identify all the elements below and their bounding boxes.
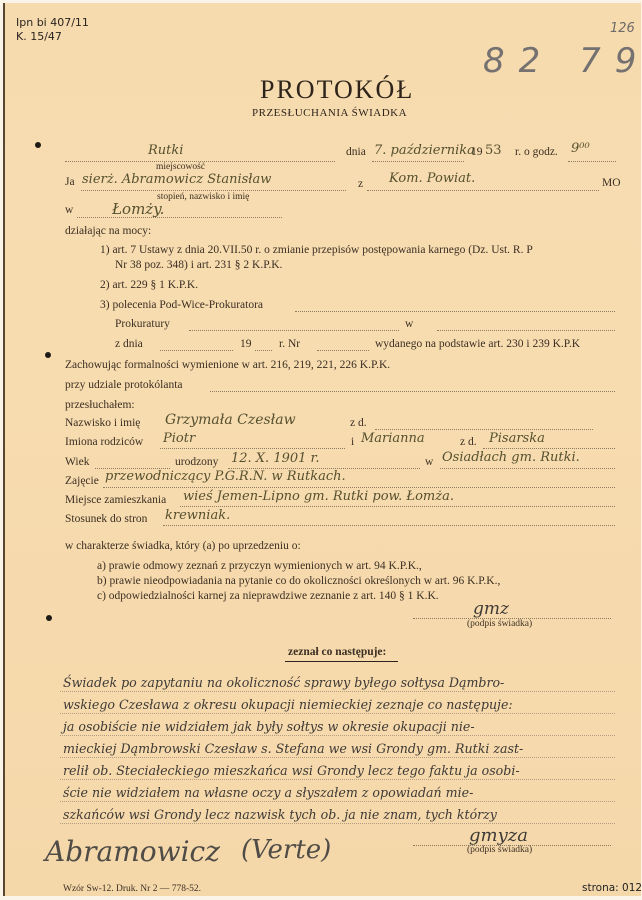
place-value[interactable]: Rutki	[148, 143, 183, 158]
warning-a: a) prawie odmowy zeznań z przyczyn wymie…	[97, 560, 422, 572]
punch-hole-mark	[35, 142, 41, 148]
witness-intro: przesłuchałem:	[65, 399, 135, 411]
clerk-label: przy udziale protokólanta	[65, 379, 183, 391]
occupation-label: Zajęcie	[65, 475, 99, 487]
relation-value[interactable]: krewniak.	[165, 508, 230, 523]
testimony-ruling	[60, 713, 615, 714]
residence-value[interactable]: wieś Jemen-Lipno gm. Rutki pow. Łomża.	[183, 489, 454, 504]
punch-hole-mark	[45, 352, 51, 358]
testimony-line: ja osobiście nie widziałem jak były sołt…	[63, 719, 475, 734]
witness-signature-1: gmz	[473, 599, 509, 619]
document-subtitle: PRZESŁUCHANIA ŚWIADKA	[252, 107, 407, 119]
unit-value[interactable]: Kom. Powiat.	[389, 171, 475, 186]
day-value[interactable]: 7. października	[374, 143, 475, 158]
testimony-ruling	[60, 779, 615, 780]
authority-intro: działając na mocy:	[65, 225, 151, 237]
name-label: Nazwisko i imię	[65, 417, 140, 429]
testimony-ruling	[60, 757, 615, 758]
witness-signature-2: gmyza	[469, 825, 528, 846]
z-label: z	[358, 178, 363, 190]
folio-marks: 82 79	[483, 41, 642, 81]
signature-label-1: (podpis świadka)	[467, 619, 532, 629]
born-place[interactable]: Osiadłach gm. Rutki.	[442, 450, 580, 465]
testimony-ruling	[60, 801, 615, 802]
archive-ref-line2: K. 15/47	[16, 30, 89, 44]
location-value[interactable]: Łomży.	[112, 200, 164, 218]
occupation-value[interactable]: przewodniczący P.G.R.N. w Rutkach.	[105, 469, 346, 484]
testimony-line: wskiego Czesława z okresu okupacji niemi…	[63, 697, 513, 712]
warning-c: c) odpowiedzialności karnej za nieprawdz…	[97, 590, 439, 602]
place-label: miejscowość	[156, 162, 205, 172]
father-name[interactable]: Piotr	[163, 431, 195, 446]
authority-item1-line2: Nr 38 poz. 348) i art. 231 § 2 K.P.K.	[115, 259, 282, 271]
testimony-ruling	[60, 823, 615, 824]
testimony-line: mieckiej Dąmbrowski Czesław s. Stefana w…	[63, 741, 523, 756]
testimony-line: ście nie widziałem na własne oczy a słys…	[63, 785, 473, 800]
residence-label: Miejsce zamieszkania	[65, 494, 166, 506]
testimony-line: Świadek po zapytaniu na okoliczność spra…	[63, 675, 504, 690]
mo-label: MO	[602, 177, 621, 189]
r-nr-label: r. Nr	[279, 338, 300, 350]
clerk-field[interactable]	[210, 391, 615, 392]
ja-label: Ja	[65, 176, 75, 188]
archive-reference: Ipn bi 407/11 K. 15/47	[16, 16, 89, 44]
mother-maiden-label: z d.	[460, 436, 477, 448]
born-place-label: w	[425, 456, 433, 468]
archive-ref-line1: Ipn bi 407/11	[16, 16, 89, 30]
prokuratury-w-label: w	[405, 318, 413, 330]
verte-note: (Verte)	[241, 835, 331, 865]
mother-name[interactable]: Marianna	[361, 431, 425, 446]
heading-underline	[285, 661, 398, 662]
rank-name-label: stopień, nazwisko i imię	[157, 192, 249, 202]
year-value[interactable]: 53	[485, 143, 502, 158]
testimony-line: szkańców wsi Grondy lecz nazwisk tych ob…	[63, 807, 497, 822]
authority-item3: 3) polecenia Pod-Wice-Prokuratora	[100, 299, 263, 311]
warning-b: b) prawie nieodpowiadania na pytanie co …	[97, 575, 500, 587]
maiden-label: z d.	[350, 417, 367, 429]
relation-label: Stosunek do stron	[65, 513, 147, 525]
witness-name[interactable]: Grzymała Czesław	[165, 412, 296, 428]
born-label: urodzony	[175, 456, 218, 468]
document-page: Ipn bi 407/11 K. 15/47 126 82 79 PROTOKÓ…	[3, 3, 641, 896]
maiden-name-field[interactable]	[375, 429, 593, 430]
form-print-info: Wzór Sw-12. Druk. Nr 2 — 778-52.	[63, 884, 201, 894]
authority-item1-line1: 1) art. 7 Ustawy z dnia 20.VII.50 r. o z…	[100, 244, 533, 256]
prokuratury-label: Prokuratury	[115, 318, 170, 330]
basis-label: wydanego na podstawie art. 230 i 239 K.P…	[375, 338, 580, 350]
testimony-ruling	[60, 735, 615, 736]
age-label: Wiek	[65, 456, 89, 468]
parents-i-label: i	[351, 436, 354, 448]
born-date[interactable]: 12. X. 1901 r.	[231, 451, 319, 466]
year19-label: 19	[240, 338, 252, 350]
mother-maiden-name[interactable]: Pisarska	[489, 431, 545, 446]
page-footer: strona: 0126	[582, 882, 642, 894]
testimony-ruling	[60, 691, 615, 692]
warnings-intro: w charakterze świadka, który (a) po uprz…	[65, 540, 301, 552]
signature-label-2: (podpis świadka)	[467, 845, 532, 855]
testimony-heading: zeznał co następuje:	[288, 646, 386, 658]
z-dnia-label: z dnia	[115, 338, 143, 350]
day-label: dnia	[346, 146, 366, 158]
officer-rank-name[interactable]: sierż. Abramowicz Stanisław	[82, 172, 271, 187]
time-value[interactable]: 9⁰⁰	[571, 141, 590, 156]
formalities-text: Zachowując formalności wymienione w art.…	[65, 359, 390, 371]
punch-hole-mark	[46, 615, 52, 621]
time-label: r. o godz.	[515, 146, 558, 158]
authority-item2: 2) art. 229 § 1 K.P.K.	[100, 279, 198, 291]
handwritten-page-number: 126	[610, 21, 635, 36]
testimony-line: relił ob. Steciałeckiego mieszkańca wsi …	[63, 763, 520, 778]
document-title: PROTOKÓŁ	[260, 75, 414, 105]
w-label: w	[65, 204, 73, 216]
year-prefix: 19	[471, 146, 483, 158]
parents-label: Imiona rodziców	[65, 436, 143, 448]
officer-signature: Abramowicz	[45, 835, 220, 868]
